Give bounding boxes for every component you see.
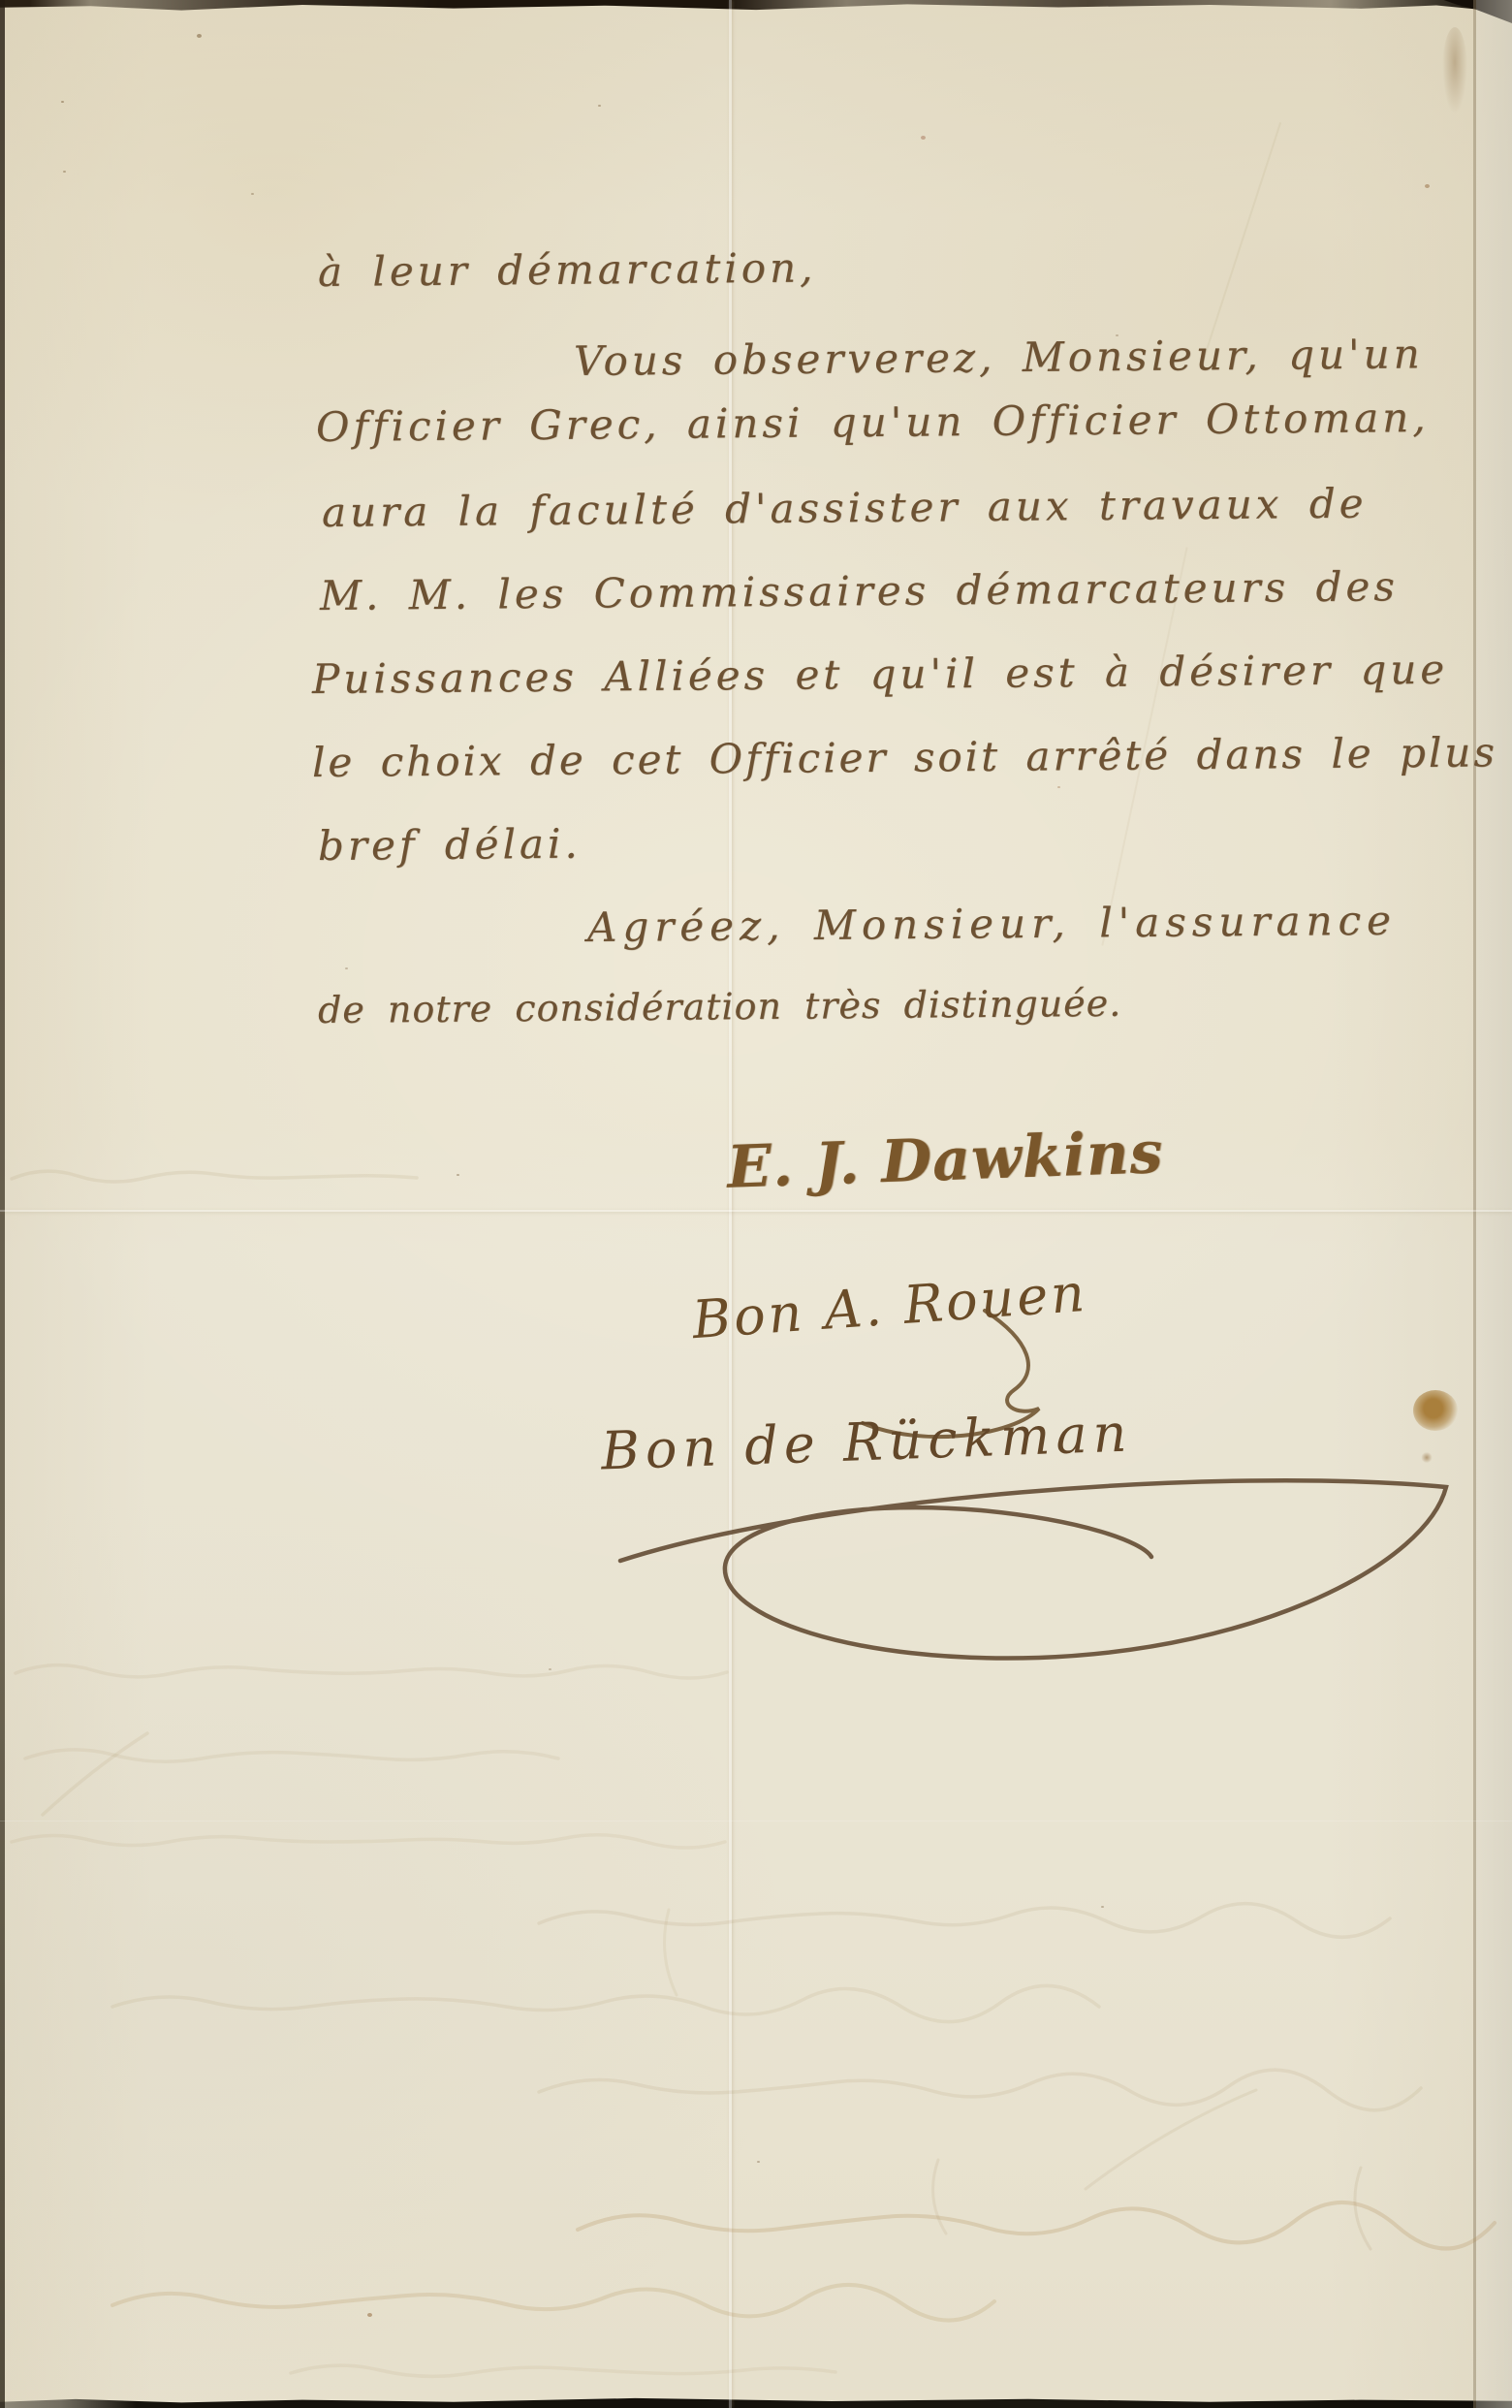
bleedthrough-line [933, 2160, 946, 2234]
signature-rouen: Bon A. Rouen [690, 1262, 1089, 1350]
page-margin-right [1476, 0, 1512, 2408]
bleedthrough-line [1086, 2090, 1256, 2189]
bleedthrough-line [12, 1835, 725, 1848]
edge-smudge [1442, 27, 1467, 114]
scan-edge-bottom [0, 2394, 1512, 2408]
letter-line-4: aura la faculté d'assister aux travaux d… [322, 482, 1368, 536]
bleedthrough-line [578, 2202, 1495, 2249]
bleedthrough-line [112, 2285, 994, 2321]
letter-line-5: M. M. les Commissaires démarcateurs des [320, 564, 1399, 618]
bleedthrough-line [12, 1171, 417, 1182]
bleedthrough-line [1355, 2168, 1370, 2249]
bleedthrough-line [16, 1665, 727, 1678]
ink-stain-small [1421, 1452, 1433, 1463]
signature-dawkins: E. J. Dawkins [726, 1119, 1165, 1202]
letter-line-7: le choix de cet Officier soit arrêté dan… [312, 730, 1497, 785]
bleedthrough-line [539, 2070, 1421, 2110]
signature-rueckman: Bon de Rückman [600, 1402, 1133, 1481]
scan-edge-left [0, 0, 5, 2408]
letter-line-1: à leur démarcation, [318, 246, 817, 296]
bleedthrough-line [43, 1733, 147, 1815]
bleedthrough-line [665, 1910, 677, 1995]
document-scan: à leur démarcation, Vous observerez, Mon… [0, 0, 1512, 2408]
letter-line-10: de notre considération très distinguée. [318, 984, 1122, 1031]
signature-flourish-rueckman [620, 1480, 1446, 1658]
letter-line-6: Puissances Alliées et qu'il est à désire… [312, 648, 1449, 702]
paper-wrinkle [1202, 122, 1281, 363]
letter-line-8: bref délai. [318, 822, 582, 870]
scan-edge-top [0, 0, 1512, 13]
bleedthrough-line [25, 1750, 558, 1761]
bleedthrough-line [112, 1985, 1099, 2021]
foxing-speckles [197, 34, 202, 38]
horizontal-crease-lower [0, 1821, 1512, 1822]
bleedthrough-line [539, 1904, 1390, 1938]
letter-line-9: Agréez, Monsieur, l'assurance [587, 899, 1397, 950]
letter-line-3: Officier Grec, ainsi qu'un Officier Otto… [316, 396, 1430, 450]
letter-line-2: Vous observerez, Monsieur, qu'un [574, 332, 1424, 384]
horizontal-fold-crease [0, 1210, 1512, 1212]
bleedthrough-lines [12, 1171, 1495, 2376]
ink-stain [1413, 1390, 1458, 1431]
bleedthrough-line [291, 2365, 835, 2376]
signature-flourishes [620, 1311, 1446, 1659]
